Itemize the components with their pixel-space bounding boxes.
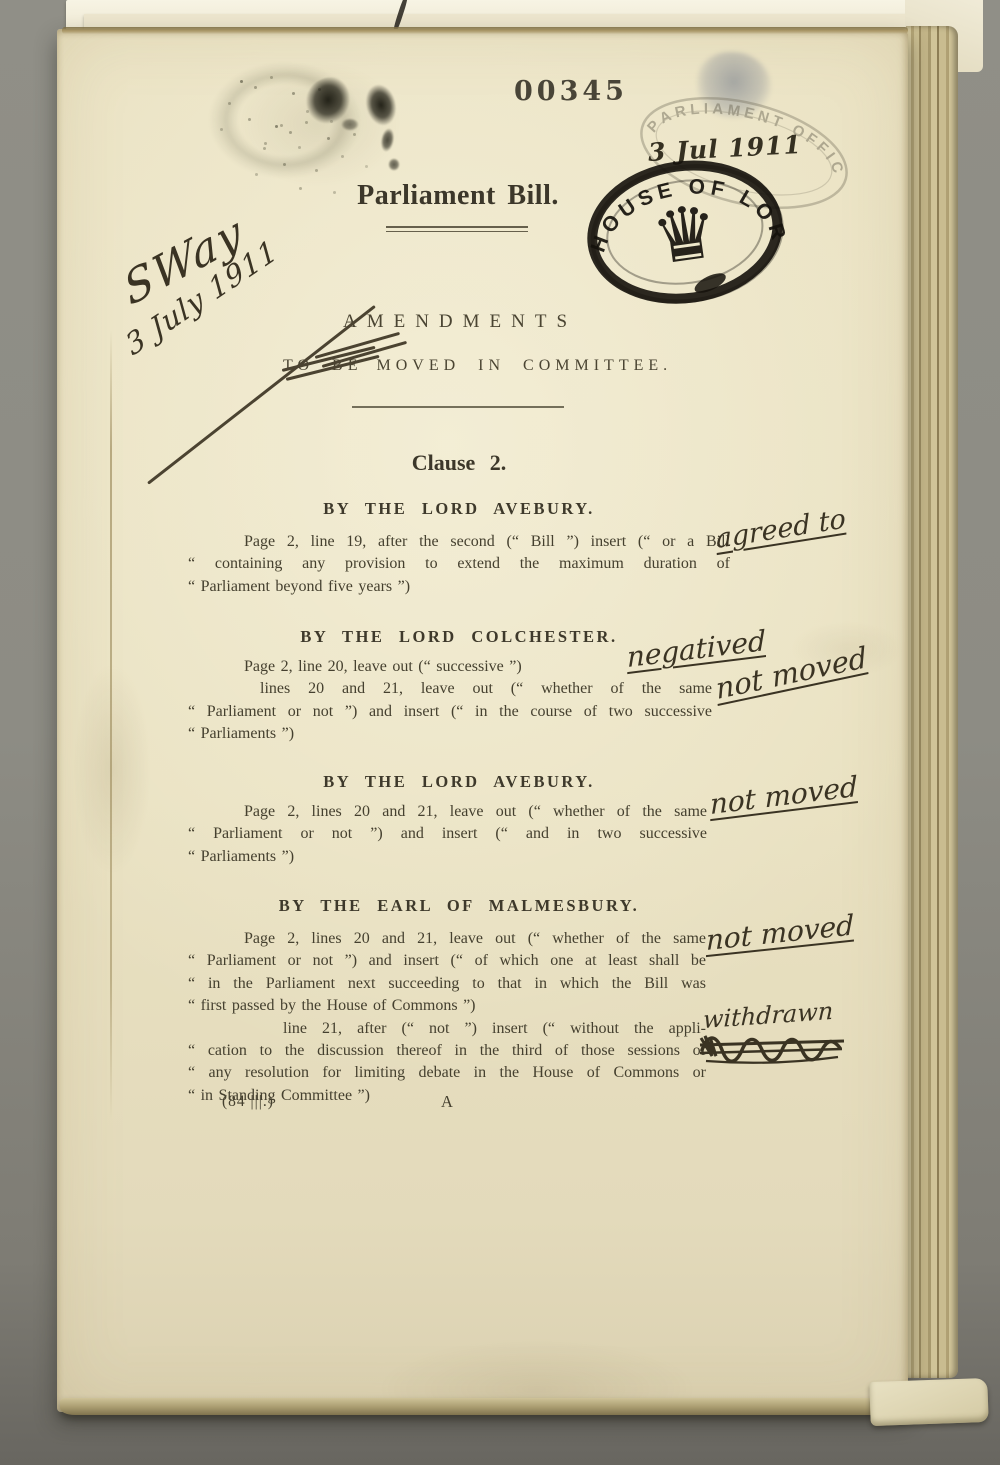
section-rule bbox=[352, 406, 564, 408]
amendment-line: Page 2, lines 20 and 21, leave out (“ wh… bbox=[188, 801, 707, 823]
section-heading-avebury-2: BY THE LORD AVEBURY. bbox=[188, 772, 730, 792]
heading-committee-text: MOVED IN COMMITTEE. bbox=[376, 357, 672, 374]
amendment-paragraph: Page 2, lines 20 and 21, leave out (“ wh… bbox=[188, 928, 706, 1107]
folded-corner bbox=[869, 1378, 988, 1426]
amendment-line: “ Parliament or not ”) and insert (“ and… bbox=[188, 823, 707, 845]
amendment-line: “ Parliament beyond five years ”) bbox=[188, 576, 730, 598]
footer-reference: (84 |||.) bbox=[222, 1093, 274, 1111]
footer-signature-letter: A bbox=[441, 1092, 453, 1112]
heading-amendments: AMENDMENTS bbox=[210, 311, 710, 333]
amendment-line: lines 20 and 21, leave out (“ whether of… bbox=[188, 678, 712, 700]
ink-speckles bbox=[240, 80, 243, 83]
amendment-line: “ cation to the discussion thereof in th… bbox=[188, 1040, 706, 1062]
title-rule bbox=[386, 226, 528, 232]
document-scan: 00345 PARLIAMENT OFFICE 3 Jul 1911 HOUSE… bbox=[0, 0, 1000, 1465]
ink-blot bbox=[341, 118, 359, 131]
amendment-line: “ Parliament or not ”) and insert (“ in … bbox=[188, 701, 712, 723]
document-number: 00345 bbox=[514, 76, 628, 107]
section-heading-malmesbury: BY THE EARL OF MALMESBURY. bbox=[188, 896, 730, 916]
amendment-line: “ in the Parliament next succeeding to t… bbox=[188, 973, 706, 995]
amendment-line: “ Parliament or not ”) and insert (“ of … bbox=[188, 950, 706, 972]
amendment-paragraph: Page 2, line 19, after the second (“ Bil… bbox=[188, 531, 730, 598]
amendment-line: Page 2, line 19, after the second (“ Bil… bbox=[188, 531, 730, 553]
ink-speckles bbox=[275, 125, 278, 128]
page-crease bbox=[110, 330, 112, 1120]
section-heading-avebury-1: BY THE LORD AVEBURY. bbox=[188, 499, 730, 519]
amendment-line: “ containing any provision to extend the… bbox=[188, 553, 730, 575]
amendment-line: Page 2, lines 20 and 21, leave out (“ wh… bbox=[188, 928, 706, 950]
amendment-line: “ Parliaments ”) bbox=[188, 723, 712, 745]
amendment-paragraph: Page 2, lines 20 and 21, leave out (“ wh… bbox=[188, 801, 707, 868]
page-bottom-edge bbox=[60, 1398, 932, 1415]
amendment-line: line 21, after (“ not ”) insert (“ witho… bbox=[188, 1018, 706, 1040]
clause-heading: Clause 2. bbox=[188, 450, 730, 476]
ink-blot bbox=[388, 158, 400, 171]
amendment-line: “ any resolution for limiting debate in … bbox=[188, 1062, 706, 1084]
scribbled-out-word bbox=[698, 1028, 858, 1066]
page-stack-edge bbox=[906, 26, 958, 1378]
page-title: Parliament Bill. bbox=[258, 180, 658, 212]
amendment-line: “ first passed by the House of Commons ”… bbox=[188, 995, 706, 1017]
crown-icon: ♛ bbox=[646, 188, 724, 282]
page-top-edge bbox=[62, 27, 908, 34]
amendment-line: “ Parliaments ”) bbox=[188, 846, 707, 868]
house-of-lords-stamp: HOUSE OF LORDS ♛ bbox=[574, 144, 798, 321]
